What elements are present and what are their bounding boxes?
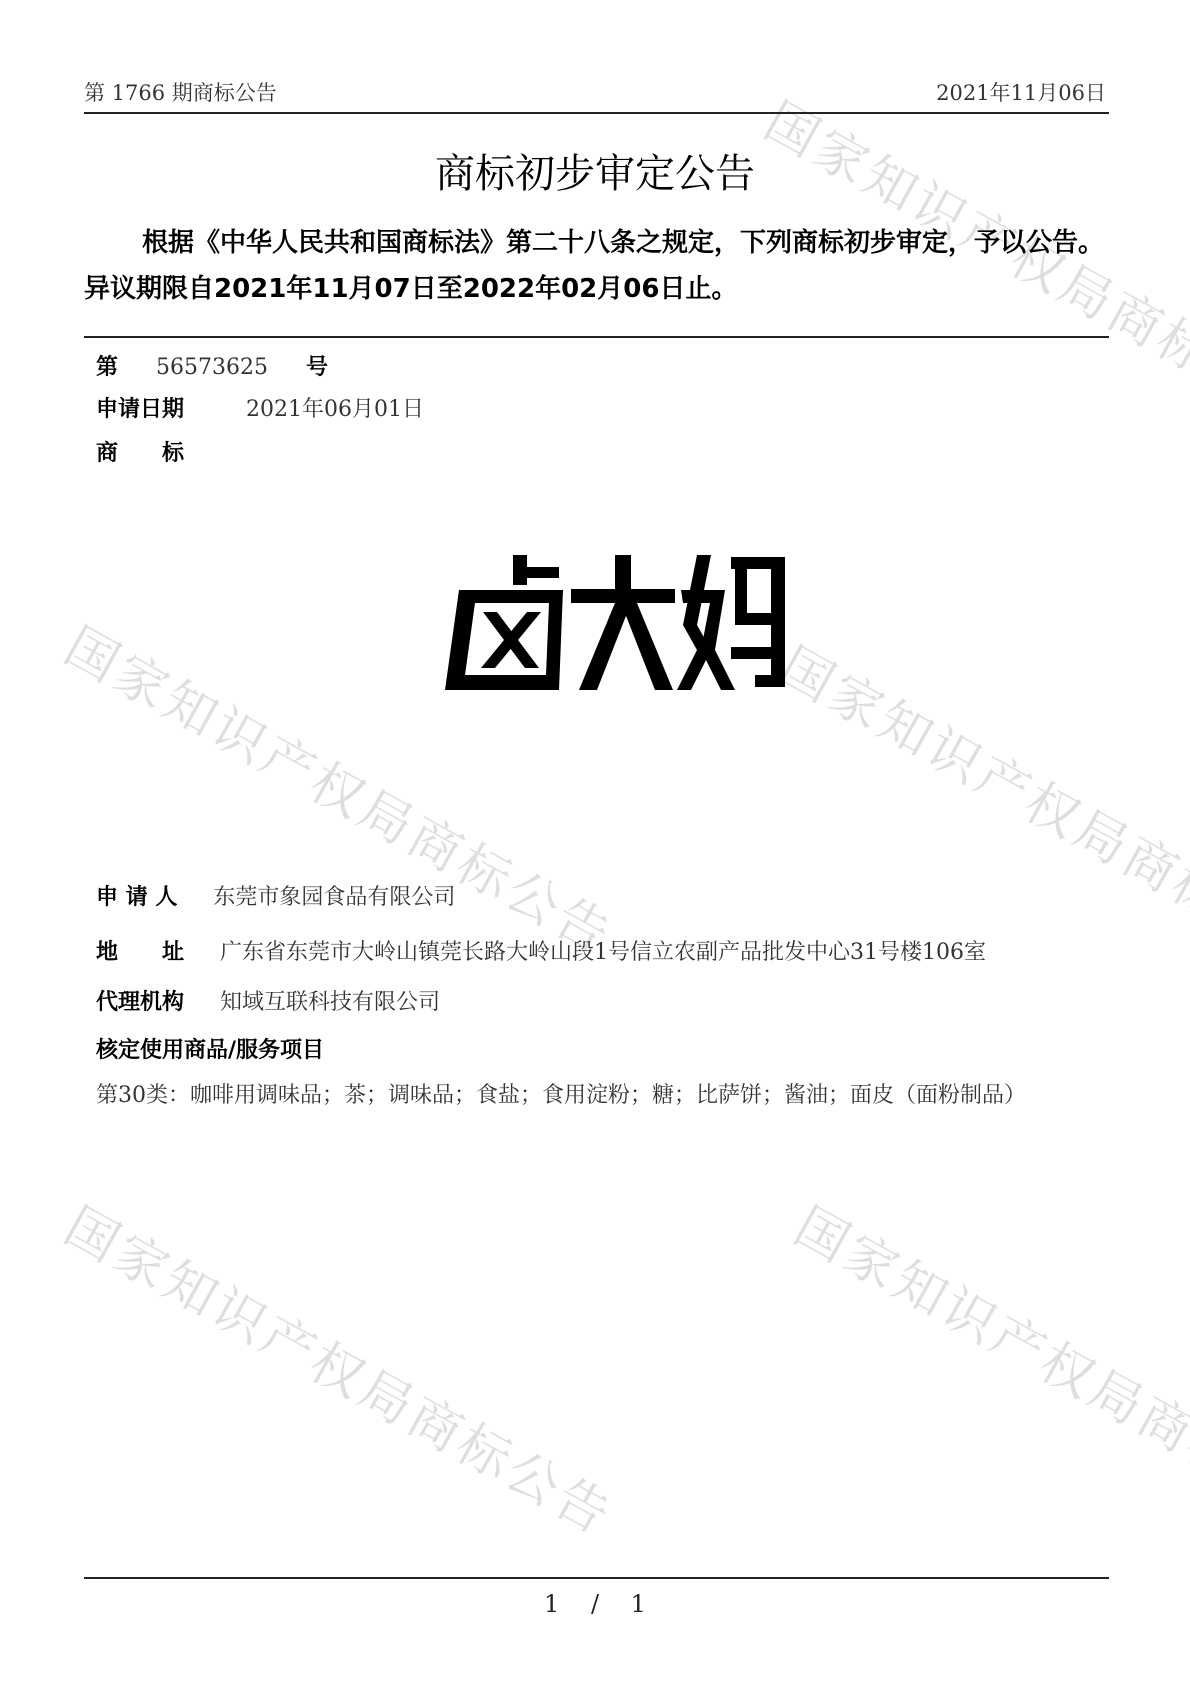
agent-name: 知域互联科技有限公司 — [220, 985, 440, 1016]
agent-row: 代理机构 知域互联科技有限公司 — [96, 985, 440, 1016]
footer-rule — [84, 1577, 1109, 1579]
publish-date: 2021年11月06日 — [936, 77, 1106, 107]
section-rule — [84, 336, 1109, 338]
applicant-name: 东莞市象园食品有限公司 — [213, 880, 455, 911]
address-row: 地 址 广东省东莞市大岭山镇莞长路大岭山段1号信立农副产品批发中心31号楼106… — [96, 935, 986, 966]
application-date-label: 申请日期 — [96, 392, 184, 423]
agent-label: 代理机构 — [96, 985, 184, 1016]
trademark-image — [445, 555, 785, 690]
registration-number: 56573625 — [156, 355, 268, 380]
page-indicator: 1 / 1 — [0, 1590, 1190, 1618]
watermark: 国家知识产权局商标公告 — [54, 1185, 629, 1549]
number-prefix: 第 — [96, 350, 118, 381]
mark-label: 商 标 — [96, 436, 184, 467]
page-title: 商标初步审定公告 — [0, 142, 1190, 199]
application-date-row: 申请日期 2021年06月01日 — [96, 392, 424, 423]
applicant-label: 申 请 人 — [96, 880, 177, 911]
applicant-row: 申 请 人 东莞市象园食品有限公司 — [96, 880, 455, 911]
goods-heading: 核定使用商品/服务项目 — [96, 1033, 324, 1064]
application-date: 2021年06月01日 — [246, 392, 424, 423]
mark-row: 商 标 — [96, 436, 184, 467]
goods-list: 第30类：咖啡用调味品；茶；调味品；食盐；食用淀粉；糖；比萨饼；酱油；面皮（面粉… — [96, 1078, 1101, 1114]
issue-number: 第 1766 期商标公告 — [84, 77, 277, 107]
intro-paragraph: 根据《中华人民共和国商标法》第二十八条之规定，下列商标初步审定，予以公告。异议期… — [84, 220, 1114, 312]
header-rule — [84, 112, 1109, 114]
watermark: 国家知识产权局商标公告 — [784, 1185, 1190, 1549]
address-label: 地 址 — [96, 935, 184, 966]
number-suffix: 号 — [306, 350, 328, 381]
registration-number-row: 第 56573625 号 — [96, 350, 328, 381]
address-value: 广东省东莞市大岭山镇莞长路大岭山段1号信立农副产品批发中心31号楼106室 — [220, 935, 986, 966]
